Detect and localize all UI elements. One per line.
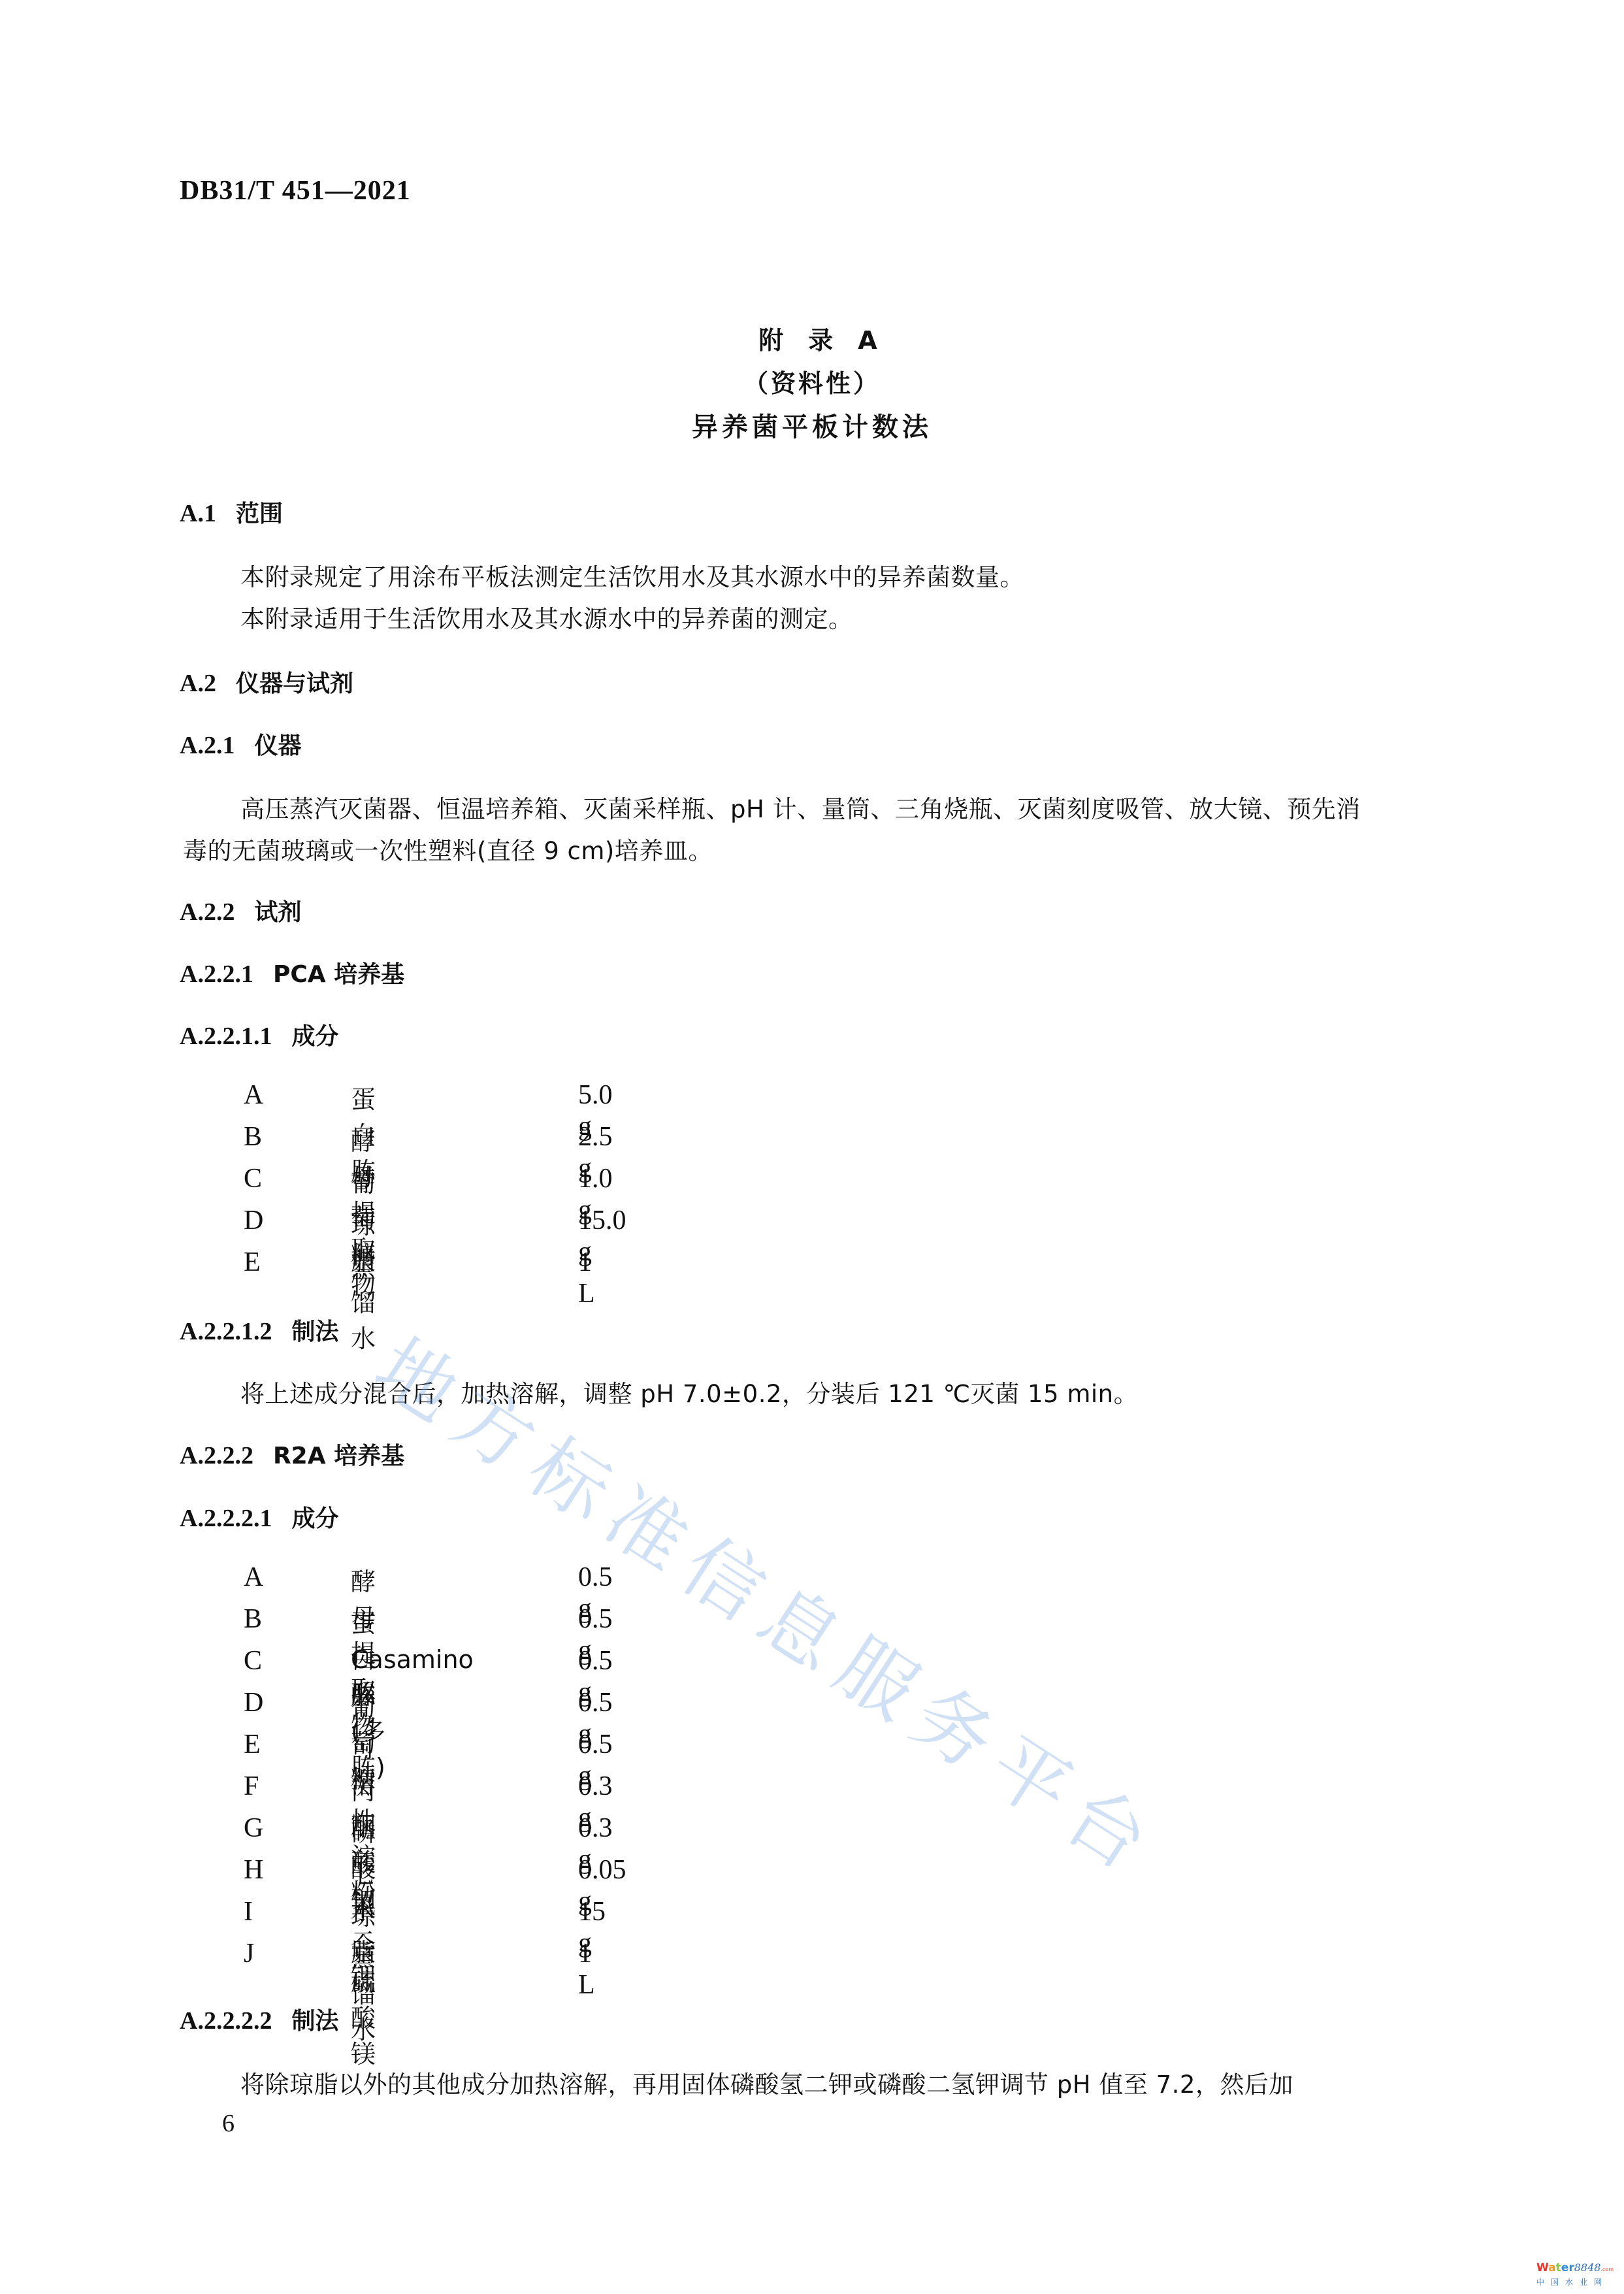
document-code: DB31/T 451—2021 xyxy=(180,175,411,206)
page-number: 6 xyxy=(222,2109,235,2138)
water8848-logo: Water8848.com 中国水业网 xyxy=(1536,2262,1621,2287)
section-title: 制法 xyxy=(291,1313,338,1347)
paragraph: 将除琼脂以外的其他成分加热溶解，再用固体磷酸氢二钾或磷酸二氢钾调节 pH 值至 … xyxy=(240,2065,1293,2100)
ingredient-letter: H xyxy=(244,1854,263,1886)
section-title: 仪器 xyxy=(254,727,301,761)
ingredient-letter: C xyxy=(244,1163,262,1194)
logo-brand: Water8848.com xyxy=(1536,2262,1621,2275)
logo-letter: t xyxy=(1556,2261,1561,2274)
ingredient-letter: B xyxy=(244,1121,262,1153)
section-heading-a2211: A.2.2.1.1成分 xyxy=(180,1018,338,1051)
paragraph: 将上述成分混合后，加热溶解，调整 pH 7.0±0.2，分装后 121 ℃灭菌 … xyxy=(240,1374,1138,1409)
ingredient-quantity: 1 L xyxy=(578,1247,595,1309)
section-title: PCA 培养基 xyxy=(273,956,404,989)
ingredient-letter: E xyxy=(244,1247,261,1278)
section-number: A.2.2.1.1 xyxy=(180,1022,272,1051)
section-number: A.2.2.1.2 xyxy=(180,1317,272,1346)
appendix-title: 异养菌平板计数法 xyxy=(0,406,1624,444)
logo-letter: r xyxy=(1568,2261,1574,2274)
logo-letter: e xyxy=(1561,2261,1569,2274)
ingredient-letter: J xyxy=(244,1938,254,1969)
section-title: 仪器与试剂 xyxy=(236,665,353,698)
section-heading-a1: A.1范围 xyxy=(180,495,283,529)
section-title: 范围 xyxy=(236,495,283,529)
ingredient-letter: G xyxy=(244,1812,263,1844)
ingredient-name: 蒸馏水 xyxy=(351,1247,376,1354)
section-title: R2A 培养基 xyxy=(273,1437,404,1471)
ingredient-letter: A xyxy=(244,1079,263,1111)
section-heading-a2: A.2仪器与试剂 xyxy=(180,665,353,698)
appendix-label: 附录A xyxy=(0,320,1624,356)
ingredient-letter: A xyxy=(244,1562,263,1593)
section-heading-a221: A.2.2.1PCA 培养基 xyxy=(180,956,404,989)
section-heading-a2212: A.2.2.1.2制法 xyxy=(180,1313,338,1347)
ingredient-name: 蒸馏水 xyxy=(351,1938,376,2046)
section-number: A.2 xyxy=(180,669,216,698)
paragraph: 毒的无菌玻璃或一次性塑料(直径 9 cm)培养皿。 xyxy=(183,831,713,866)
section-number: A.2.2.2.1 xyxy=(180,1504,272,1533)
section-number: A.2.2.2 xyxy=(180,1441,253,1470)
section-title: 成分 xyxy=(291,1018,338,1051)
paragraph: 高压蒸汽灭菌器、恒温培养箱、灭菌采样瓶、pH 计、量筒、三角烧瓶、灭菌刻度吸管、… xyxy=(240,789,1361,825)
logo-letter: a xyxy=(1548,2261,1555,2274)
section-heading-a22: A.2.2试剂 xyxy=(180,894,301,927)
ingredient-letter: F xyxy=(244,1771,259,1802)
section-heading-a222: A.2.2.2R2A 培养基 xyxy=(180,1437,404,1471)
ingredient-letter: E xyxy=(244,1729,261,1760)
section-heading-a21: A.2.1仪器 xyxy=(180,727,301,761)
section-number: A.2.2.1 xyxy=(180,960,253,989)
section-title: 制法 xyxy=(291,2003,338,2036)
logo-domain: .com xyxy=(1600,2267,1614,2272)
section-number: A.2.1 xyxy=(180,731,235,760)
ingredient-letter: I xyxy=(244,1896,253,1927)
section-heading-a2222: A.2.2.2.2制法 xyxy=(180,2003,338,2036)
section-title: 成分 xyxy=(291,1500,338,1533)
section-title: 试剂 xyxy=(254,894,301,927)
appendix-nature: （资料性） xyxy=(0,363,1624,399)
paragraph: 本附录规定了用涂布平板法测定生活饮用水及其水源水中的异养菌数量。 xyxy=(240,557,1024,593)
logo-letter: W xyxy=(1536,2261,1548,2274)
ingredient-quantity: 1 L xyxy=(578,1938,595,2001)
ingredient-letter: D xyxy=(244,1687,263,1718)
paragraph: 本附录适用于生活饮用水及其水源水中的异养菌的测定。 xyxy=(240,599,853,634)
section-number: A.2.2 xyxy=(180,898,235,926)
logo-number: 8848 xyxy=(1574,2261,1601,2274)
ingredient-letter: C xyxy=(244,1645,262,1677)
section-number: A.1 xyxy=(180,499,216,528)
ingredient-letter: B xyxy=(244,1603,262,1635)
logo-subtitle: 中国水业网 xyxy=(1536,2276,1621,2287)
section-number: A.2.2.2.2 xyxy=(180,2007,272,2035)
ingredient-letter: D xyxy=(244,1205,263,1236)
section-heading-a2221: A.2.2.2.1成分 xyxy=(180,1500,338,1533)
